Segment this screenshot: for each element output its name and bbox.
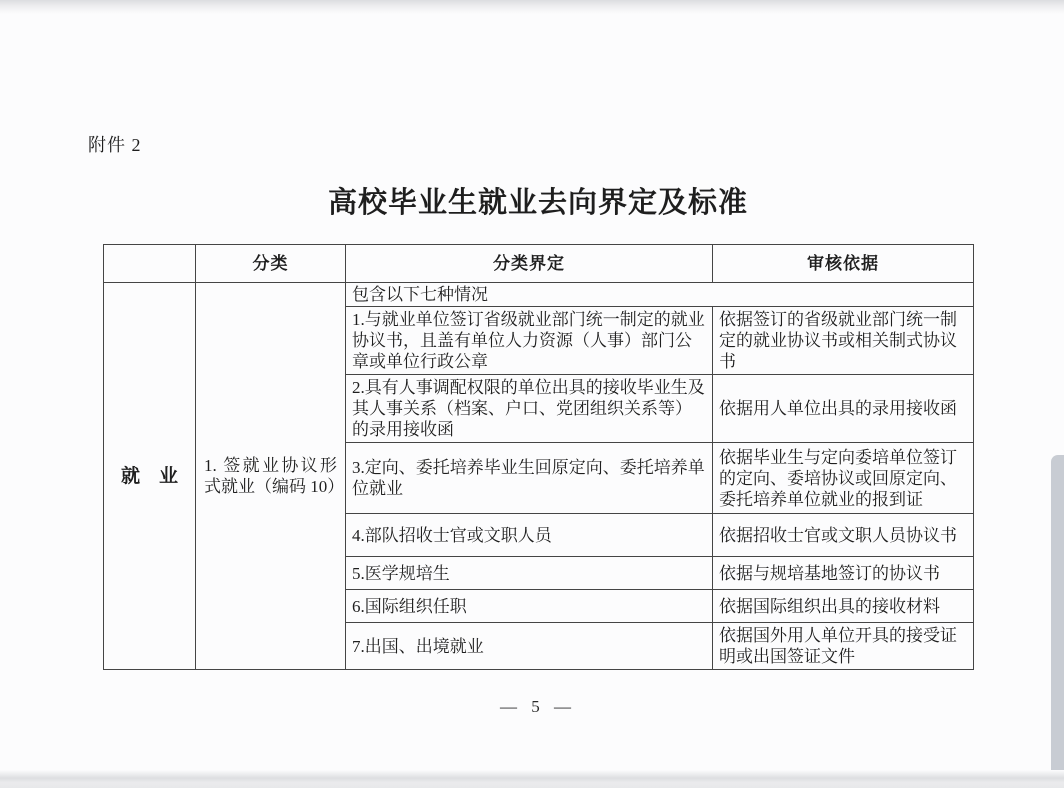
definition-cell: 2.具有人事调配权限的单位出具的接收毕业生及其人事关系（档案、户口、党团组织关系… <box>346 375 713 443</box>
bottom-edge-shadow <box>0 770 1064 788</box>
basis-cell: 依据用人单位出具的录用接收函 <box>713 375 974 443</box>
definition-cell: 3.定向、委托培养毕业生回原定向、委托培养单位就业 <box>346 443 713 514</box>
basis-cell: 依据国外用人单位开具的接受证明或出国签证文件 <box>713 623 974 670</box>
table-row: 就 业 1. 签就业协议形式就业（编码 10） 包含以下七种情况 <box>104 283 974 307</box>
employment-definition-table: 分类 分类界定 审核依据 就 业 1. 签就业协议形式就业（编码 10） 包含以… <box>103 244 974 670</box>
basis-cell: 依据招收士官或文职人员协议书 <box>713 514 974 557</box>
subcategory-cell: 1. 签就业协议形式就业（编码 10） <box>196 283 346 670</box>
definition-cell: 7.出国、出境就业 <box>346 623 713 670</box>
attachment-label: 附件 2 <box>88 131 142 157</box>
definition-cell: 4.部队招收士官或文职人员 <box>346 514 713 557</box>
header-category: 分类 <box>196 245 346 283</box>
page-number: — 5 — <box>103 697 973 717</box>
scrollbar-thumb[interactable] <box>1051 455 1064 773</box>
basis-cell: 依据签订的省级就业部门统一制定的就业协议书或相关制式协议书 <box>713 307 974 375</box>
header-basis: 审核依据 <box>713 245 974 283</box>
top-edge-shadow <box>0 0 1064 14</box>
definition-cell: 1.与就业单位签订省级就业部门统一制定的就业协议书，且盖有单位人力资源（人事）部… <box>346 307 713 375</box>
definition-cell: 6.国际组织任职 <box>346 590 713 623</box>
header-empty <box>104 245 196 283</box>
document-viewer: 附件 2 高校毕业生就业去向界定及标准 分类 分类界定 审核依据 就 业 1. … <box>0 0 1064 788</box>
basis-cell: 依据毕业生与定向委培单位签订的定向、委培协议或回原定向、委托培养单位就业的报到证 <box>713 443 974 514</box>
document-title: 高校毕业生就业去向界定及标准 <box>103 180 973 221</box>
basis-cell: 依据国际组织出具的接收材料 <box>713 590 974 623</box>
category-cell: 就 业 <box>104 283 196 670</box>
intro-cell: 包含以下七种情况 <box>346 283 974 307</box>
basis-cell: 依据与规培基地签订的协议书 <box>713 557 974 590</box>
table-header-row: 分类 分类界定 审核依据 <box>104 245 974 283</box>
header-definition: 分类界定 <box>346 245 713 283</box>
definition-cell: 5.医学规培生 <box>346 557 713 590</box>
